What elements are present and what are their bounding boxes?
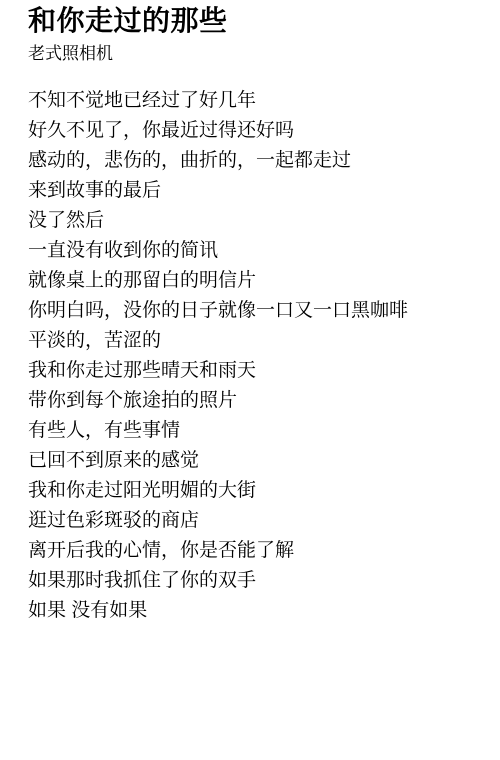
lyric-line: 没了然后 [28, 206, 480, 236]
lyric-line: 一直没有收到你的简讯 [28, 236, 480, 266]
lyric-line: 你明白吗，没你的日子就像一口又一口黑咖啡 [28, 296, 480, 326]
lyric-line: 如果那时我抓住了你的双手 [28, 566, 480, 596]
lyric-line: 好久不见了，你最近过得还好吗 [28, 116, 480, 146]
lyric-line: 就像桌上的那留白的明信片 [28, 266, 480, 296]
lyric-line: 有些人，有些事情 [28, 416, 480, 446]
lyric-line: 我和你走过那些晴天和雨天 [28, 356, 480, 386]
lyric-line: 来到故事的最后 [28, 176, 480, 206]
lyric-line: 如果 没有如果 [28, 596, 480, 626]
lyric-line: 平淡的，苦涩的 [28, 326, 480, 356]
lyrics-page: 和你走过的那些 老式照相机 不知不觉地已经过了好几年好久不见了，你最近过得还好吗… [0, 0, 500, 760]
page-title: 和你走过的那些 [28, 4, 480, 38]
lyric-line: 不知不觉地已经过了好几年 [28, 86, 480, 116]
artist-name: 老式照相机 [28, 42, 480, 66]
lyric-line: 已回不到原来的感觉 [28, 446, 480, 476]
lyric-line: 逛过色彩斑驳的商店 [28, 506, 480, 536]
lyric-line: 我和你走过阳光明媚的大街 [28, 476, 480, 506]
lyric-line: 带你到每个旅途拍的照片 [28, 386, 480, 416]
lyric-line: 离开后我的心情，你是否能了解 [28, 536, 480, 566]
lyric-line: 感动的，悲伤的，曲折的，一起都走过 [28, 146, 480, 176]
lyrics-block: 不知不觉地已经过了好几年好久不见了，你最近过得还好吗感动的，悲伤的，曲折的，一起… [28, 86, 480, 626]
